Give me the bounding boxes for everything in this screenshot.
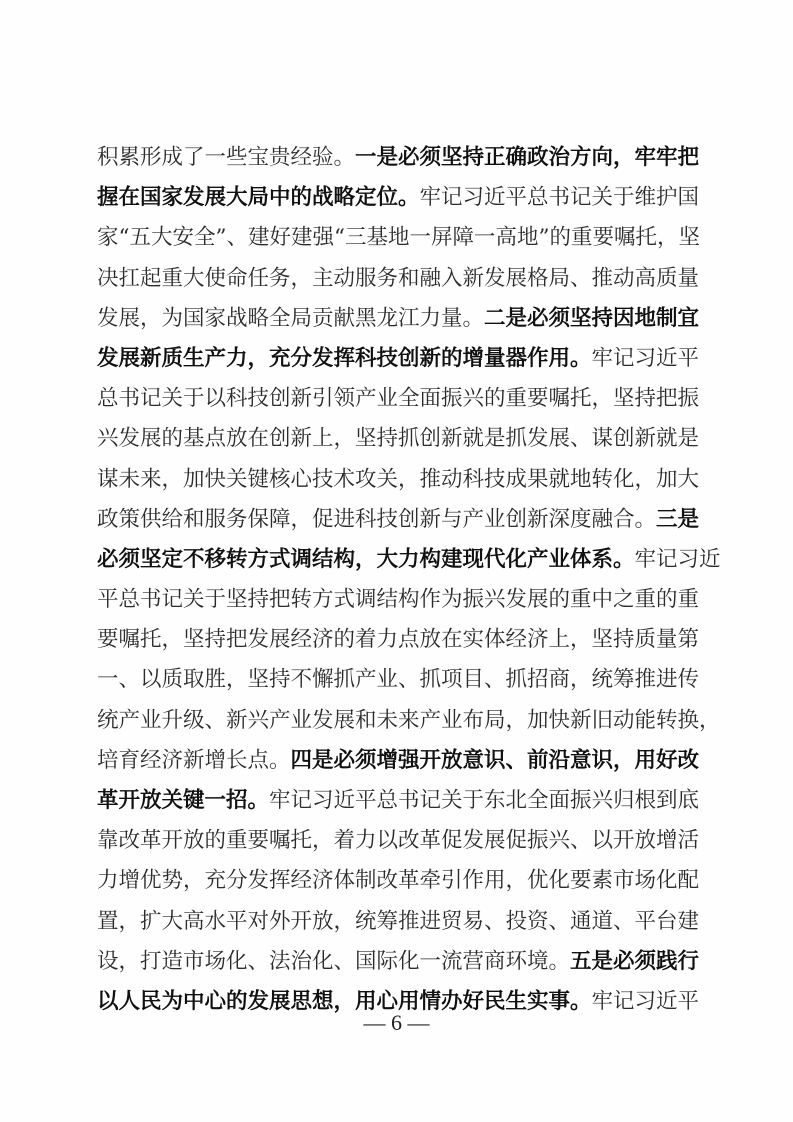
body-text-run: 积累形成了一些宝贵经验。: [97, 145, 355, 170]
text-line: 置，扩大高水平对外开放，统筹推进贸易、投资、通道、平台建: [97, 902, 697, 942]
text-line: 发展新质生产力，充分发挥科技创新的增量器作用。牢记习近平: [97, 339, 697, 379]
text-line: 一、以质取胜，坚持不懈抓产业、抓项目、抓招商，统筹推进传: [97, 660, 697, 700]
bold-heading-text: 发展新质生产力，充分发挥科技创新的增量器作用。: [97, 346, 592, 371]
text-line: 谋未来，加快关键核心技术攻关，推动科技成果就地转化，加大: [97, 460, 697, 500]
body-text-run: 兴发展的基点放在创新上，坚持抓创新就是抓发展、谋创新就是: [97, 426, 699, 451]
text-line: 设，打造市场化、法治化、国际化一流营商环境。五是必须践行: [97, 942, 697, 982]
text-line: 平总书记关于坚持把转方式调结构作为振兴发展的重中之重的重: [97, 580, 697, 620]
body-text-run: 设，打造市场化、法治化、国际化一流营商环境。: [97, 949, 570, 974]
body-text-run: 牢记习近平总书记关于东北全面振兴归根到底: [269, 788, 699, 813]
body-text-run: 牢记习近平总书记关于维护国: [420, 185, 700, 210]
body-text-run: 牢记习近平: [592, 346, 700, 371]
body-text-run: 统产业升级、新兴产业发展和未来产业布局，加快新旧动能转换，: [97, 708, 721, 733]
text-line: 革开放关键一招。牢记习近平总书记关于东北全面振兴归根到底: [97, 781, 697, 821]
body-text-run: 培育经济新增长点。: [97, 748, 291, 773]
body-text-run: 力增优势，充分发挥经济体制改革牵引作用，优化要素市场化配: [97, 868, 699, 893]
bold-heading-text: 革开放关键一招。: [97, 788, 269, 813]
text-line: 力增优势，充分发挥经济体制改革牵引作用，优化要素市场化配: [97, 861, 697, 901]
body-text-run: 谋未来，加快关键核心技术攻关，推动科技成果就地转化，加大: [97, 467, 699, 492]
text-line: 靠改革开放的重要嘱托，着力以改革促发展促振兴、以开放增活: [97, 821, 697, 861]
body-text: 积累形成了一些宝贵经验。一是必须坚持正确政治方向，牢牢把握在国家发展大局中的战略…: [97, 138, 697, 1022]
bold-heading-text: 一是必须坚持正确政治方向，牢牢把: [355, 145, 699, 170]
text-line: 培育经济新增长点。四是必须增强开放意识、前沿意识，用好改: [97, 741, 697, 781]
body-text-run: 决扛起重大使命任务，主动服务和融入新发展格局、推动高质量: [97, 266, 699, 291]
body-text-run: 发展，为国家战略全局贡献黑龙江力量。: [97, 306, 484, 331]
bold-heading-text: 二是必须坚持因地制宜: [484, 306, 699, 331]
bold-heading-text: 握在国家发展大局中的战略定位。: [97, 185, 420, 210]
body-text-run: 牢记习近: [635, 547, 721, 572]
text-line: 总书记关于以科技创新引领产业全面振兴的重要嘱托，坚持把振: [97, 379, 697, 419]
text-line: 兴发展的基点放在创新上，坚持抓创新就是抓发展、谋创新就是: [97, 419, 697, 459]
text-line: 要嘱托，坚持把发展经济的着力点放在实体经济上，坚持质量第: [97, 620, 697, 660]
body-text-run: 要嘱托，坚持把发展经济的着力点放在实体经济上，坚持质量第: [97, 627, 699, 652]
bold-heading-text: 三是: [656, 507, 699, 532]
text-line: 政策供给和服务保障，促进科技创新与产业创新深度融合。三是: [97, 500, 697, 540]
body-text-run: 置，扩大高水平对外开放，统筹推进贸易、投资、通道、平台建: [97, 909, 699, 934]
text-line: 发展，为国家战略全局贡献黑龙江力量。二是必须坚持因地制宜: [97, 299, 697, 339]
body-text-run: 政策供给和服务保障，促进科技创新与产业创新深度融合。: [97, 507, 656, 532]
body-text-run: 靠改革开放的重要嘱托，着力以改革促发展促振兴、以开放增活: [97, 828, 699, 853]
text-line: 决扛起重大使命任务，主动服务和融入新发展格局、推动高质量: [97, 259, 697, 299]
text-line: 家“五大安全”、建好建强“三基地一屏障一高地”的重要嘱托，坚: [97, 218, 697, 258]
text-line: 积累形成了一些宝贵经验。一是必须坚持正确政治方向，牢牢把: [97, 138, 697, 178]
bold-heading-text: 四是必须增强开放意识、前沿意识，用好改: [291, 748, 700, 773]
body-text-run: 总书记关于以科技创新引领产业全面振兴的重要嘱托，坚持把振: [97, 386, 699, 411]
bold-heading-text: 必须坚定不移转方式调结构，大力构建现代化产业体系。: [97, 547, 635, 572]
text-line: 必须坚定不移转方式调结构，大力构建现代化产业体系。牢记习近: [97, 540, 697, 580]
text-line: 统产业升级、新兴产业发展和未来产业布局，加快新旧动能转换，: [97, 701, 697, 741]
body-text-run: 家“五大安全”、建好建强“三基地一屏障一高地”的重要嘱托，坚: [97, 225, 700, 250]
page-number: — 6 —: [0, 1010, 793, 1036]
document-page: 积累形成了一些宝贵经验。一是必须坚持正确政治方向，牢牢把握在国家发展大局中的战略…: [0, 0, 793, 1122]
bold-heading-text: 五是必须践行: [570, 949, 699, 974]
body-text-run: 一、以质取胜，坚持不懈抓产业、抓项目、抓招商，统筹推进传: [97, 667, 699, 692]
body-text-run: 平总书记关于坚持把转方式调结构作为振兴发展的重中之重的重: [97, 587, 699, 612]
text-line: 握在国家发展大局中的战略定位。牢记习近平总书记关于维护国: [97, 178, 697, 218]
